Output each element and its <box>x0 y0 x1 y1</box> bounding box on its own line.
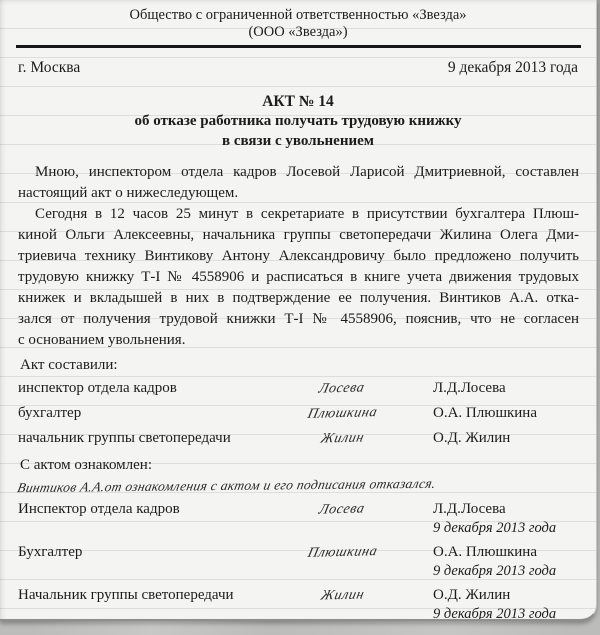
composed-row-accountant: бухгалтер Плюшкина О.А. Плюшкина <box>18 401 578 426</box>
signer-name: О.А. Плюшкина <box>433 542 578 562</box>
acquainted-row-group-chief: Начальник группы светопередачи Жилин О.Д… <box>18 585 578 621</box>
body-paragraph-2: Сегодня в 12 часов 25 минут в секретариа… <box>18 204 579 351</box>
signature-script: Жилин <box>318 425 367 451</box>
body-paragraph-1: Мною, инспектором отдела кадров Лосевой … <box>18 162 579 204</box>
signature-script: Лосева <box>317 499 367 520</box>
handwritten-refusal-note: Винтиков А.А.от ознакомления с актом и е… <box>18 476 578 495</box>
acquainted-heading: С актом ознакомлен: <box>20 455 578 476</box>
role-label: Инспектор отдела кадров <box>18 499 258 538</box>
refusal-note-script: Винтиков А.А.от ознакомления с актом и е… <box>16 474 438 497</box>
acquainted-row-inspector: Инспектор отдела кадров Лосева Л.Д.Лосев… <box>18 499 578 538</box>
signer-name: О.Д. Жилин <box>433 426 578 451</box>
composed-row-inspector: инспектор отдела кадров Лосева Л.Д.Лосев… <box>18 376 578 401</box>
place-label: г. Москва <box>18 57 80 78</box>
composed-heading: Акт составили: <box>20 355 578 376</box>
role-label: Начальник группы светопередачи <box>18 585 258 621</box>
title-block: АКТ № 14 об отказе работника получать тр… <box>0 92 596 151</box>
signature-script: Плюшкина <box>305 400 380 427</box>
role-label: начальник группы светопередачи <box>18 426 258 451</box>
sign-date: 9 декабря 2013 года <box>433 562 578 581</box>
scanned-page-background: Общество с ограниченной ответственностью… <box>0 0 600 635</box>
document-paper: Общество с ограниченной ответственностью… <box>0 0 597 621</box>
signer-name: Л.Д.Лосева <box>433 376 578 401</box>
document-subtitle-line1: об отказе работника получать трудовую кн… <box>0 112 596 132</box>
signer-name: Л.Д.Лосева <box>433 499 578 519</box>
signer-name: О.Д. Жилин <box>433 585 578 605</box>
date-label: 9 декабря 2013 года <box>448 57 578 78</box>
sign-date: 9 декабря 2013 года <box>433 605 578 621</box>
place-date-row: г. Москва 9 декабря 2013 года <box>18 57 578 78</box>
header-divider-rule <box>16 45 581 48</box>
role-label: инспектор отдела кадров <box>18 376 258 401</box>
signature-script: Плюшкина <box>305 542 379 564</box>
company-name: Общество с ограниченной ответственностью… <box>0 7 596 24</box>
company-short-name: (ООО «Звезда») <box>0 24 596 41</box>
document-subtitle-line2: в связи с увольнением <box>0 132 596 152</box>
role-label: Бухгалтер <box>18 542 258 581</box>
role-label: бухгалтер <box>18 401 258 426</box>
signer-name: О.А. Плюшкина <box>433 401 578 426</box>
composed-row-group-chief: начальник группы светопередачи Жилин О.Д… <box>18 426 578 451</box>
acquainted-row-accountant: Бухгалтер Плюшкина О.А. Плюшкина 9 декаб… <box>18 542 578 581</box>
document-header: Общество с ограниченной ответственностью… <box>0 0 596 40</box>
sign-date: 9 декабря 2013 года <box>433 519 578 538</box>
document-title: АКТ № 14 <box>0 92 596 112</box>
signature-script: Лосева <box>316 375 367 401</box>
signature-script: Жилин <box>318 585 366 606</box>
